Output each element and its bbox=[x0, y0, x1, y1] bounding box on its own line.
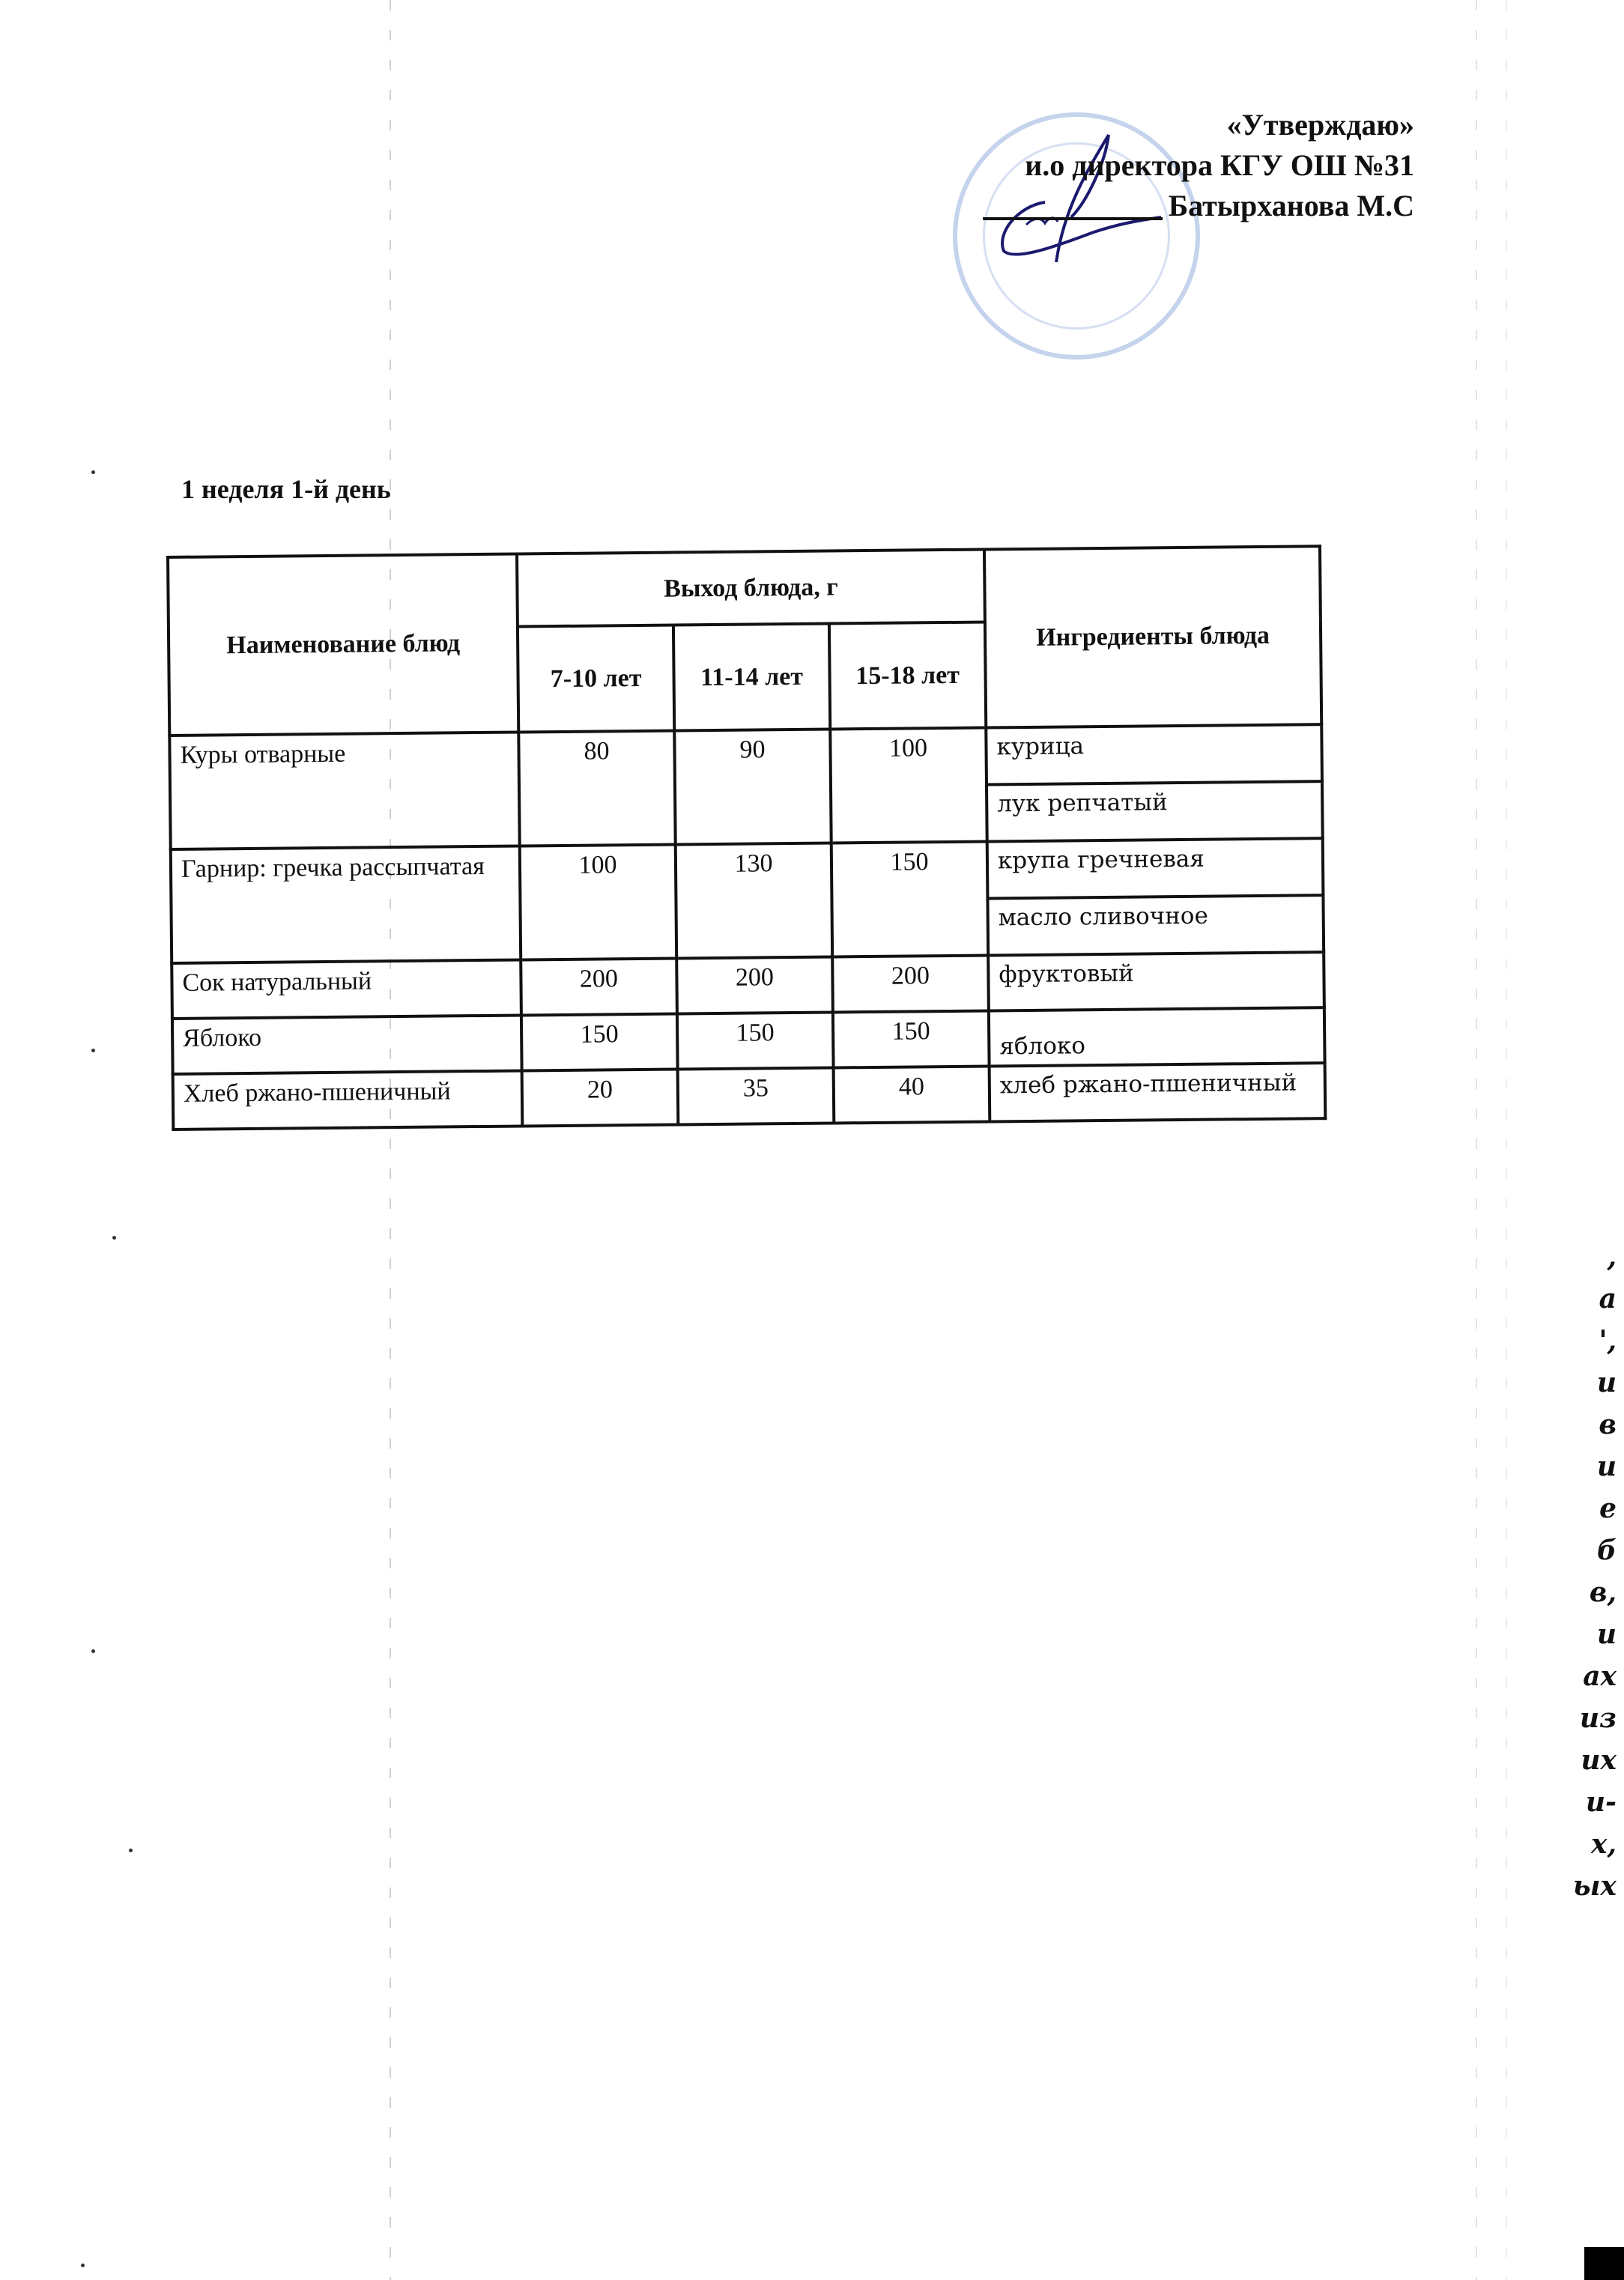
edge-fragment: в, bbox=[1549, 1571, 1617, 1613]
yield-7-10: 80 bbox=[518, 730, 675, 846]
scanner-edge-artifact bbox=[1584, 2247, 1624, 2280]
scan-streak bbox=[390, 0, 391, 2280]
signatory-name: Батырханова М.С bbox=[1169, 189, 1414, 222]
header-age-15-18: 15-18 лет bbox=[829, 622, 986, 730]
scan-speck bbox=[91, 1049, 95, 1052]
scan-speck bbox=[112, 1236, 116, 1240]
header-age-7-10: 7-10 лет bbox=[518, 625, 674, 733]
edge-fragment: и bbox=[1549, 1613, 1617, 1655]
signature-line bbox=[983, 217, 1163, 220]
yield-11-14: 90 bbox=[674, 730, 831, 845]
approval-position: и.о директора КГУ ОШ №31 bbox=[983, 145, 1414, 186]
yield-11-14: 200 bbox=[676, 956, 833, 1013]
yield-11-14: 150 bbox=[677, 1012, 834, 1069]
edge-fragment: х, bbox=[1549, 1823, 1617, 1865]
header-dish-name: Наименование блюд bbox=[168, 554, 518, 736]
ingredient: крупа гречневая bbox=[987, 838, 1324, 898]
approval-heading: «Утверждаю» bbox=[983, 105, 1414, 145]
table-row: Гарнир: гречка рассыпчатая 100 130 150 к… bbox=[171, 838, 1324, 906]
edge-fragment: ах bbox=[1549, 1655, 1617, 1697]
table-row: Хлеб ржано-пшеничный 20 35 40 хлеб ржано… bbox=[173, 1063, 1326, 1130]
yield-15-18: 150 bbox=[833, 1010, 990, 1067]
ingredient: яблоко bbox=[989, 1007, 1325, 1066]
ingredient: хлеб ржано-пшеничный bbox=[990, 1063, 1326, 1121]
ingredient: курица bbox=[986, 724, 1322, 784]
edge-fragment: ', bbox=[1549, 1320, 1617, 1362]
dish-name: Гарнир: гречка рассыпчатая bbox=[171, 846, 521, 962]
edge-fragment: е bbox=[1549, 1488, 1617, 1529]
header-age-11-14: 11-14 лет bbox=[673, 624, 830, 731]
edge-fragment: в bbox=[1549, 1404, 1617, 1446]
scan-speck bbox=[91, 470, 95, 474]
yield-15-18: 150 bbox=[831, 841, 988, 956]
yield-15-18: 200 bbox=[832, 955, 989, 1012]
edge-fragment: б bbox=[1549, 1529, 1617, 1571]
scan-speck bbox=[81, 2264, 85, 2267]
ingredient: фруктовый bbox=[988, 952, 1324, 1010]
ingredient: масло сливочное bbox=[987, 895, 1324, 955]
dish-name: Куры отварные bbox=[169, 732, 519, 849]
yield-11-14: 35 bbox=[678, 1067, 834, 1124]
menu-table: Наименование блюд Выход блюда, г Ингреди… bbox=[166, 545, 1327, 1131]
yield-7-10: 150 bbox=[521, 1013, 678, 1070]
scan-streak bbox=[1476, 0, 1477, 2280]
edge-text-fragments: ,а',ивиебв,иахизихи-х,ых bbox=[1549, 1236, 1617, 1907]
edge-fragment: ых bbox=[1549, 1865, 1617, 1907]
scan-speck bbox=[91, 1649, 95, 1653]
yield-7-10: 20 bbox=[522, 1069, 679, 1126]
scan-speck bbox=[129, 1849, 133, 1852]
edge-fragment: и bbox=[1549, 1362, 1617, 1404]
approval-signatory: Батырханова М.С bbox=[983, 186, 1414, 226]
day-title: 1 неделя 1-й день bbox=[181, 473, 391, 505]
yield-11-14: 130 bbox=[676, 843, 832, 958]
header-yield: Выход блюда, г bbox=[517, 550, 985, 627]
edge-fragment: их bbox=[1549, 1739, 1617, 1781]
yield-15-18: 100 bbox=[830, 728, 987, 843]
ingredient: лук репчатый bbox=[987, 781, 1323, 841]
scan-streak bbox=[1506, 0, 1507, 2280]
header-ingredients: Ингредиенты блюда bbox=[984, 546, 1321, 727]
edge-fragment: и bbox=[1549, 1446, 1617, 1488]
yield-7-10: 200 bbox=[521, 958, 677, 1015]
dish-name: Яблоко bbox=[172, 1015, 522, 1073]
edge-fragment: , bbox=[1549, 1236, 1617, 1278]
edge-fragment: из bbox=[1549, 1697, 1617, 1739]
yield-15-18: 40 bbox=[834, 1066, 990, 1123]
table-row: Куры отварные 80 90 100 курица bbox=[169, 724, 1322, 792]
edge-fragment: и- bbox=[1549, 1781, 1617, 1823]
approval-block: «Утверждаю» и.о директора КГУ ОШ №31 Бат… bbox=[983, 105, 1414, 226]
dish-name: Хлеб ржано-пшеничный bbox=[173, 1070, 523, 1129]
dish-name: Сок натуральный bbox=[172, 959, 521, 1018]
edge-fragment: а bbox=[1549, 1278, 1617, 1320]
yield-7-10: 100 bbox=[520, 844, 676, 959]
